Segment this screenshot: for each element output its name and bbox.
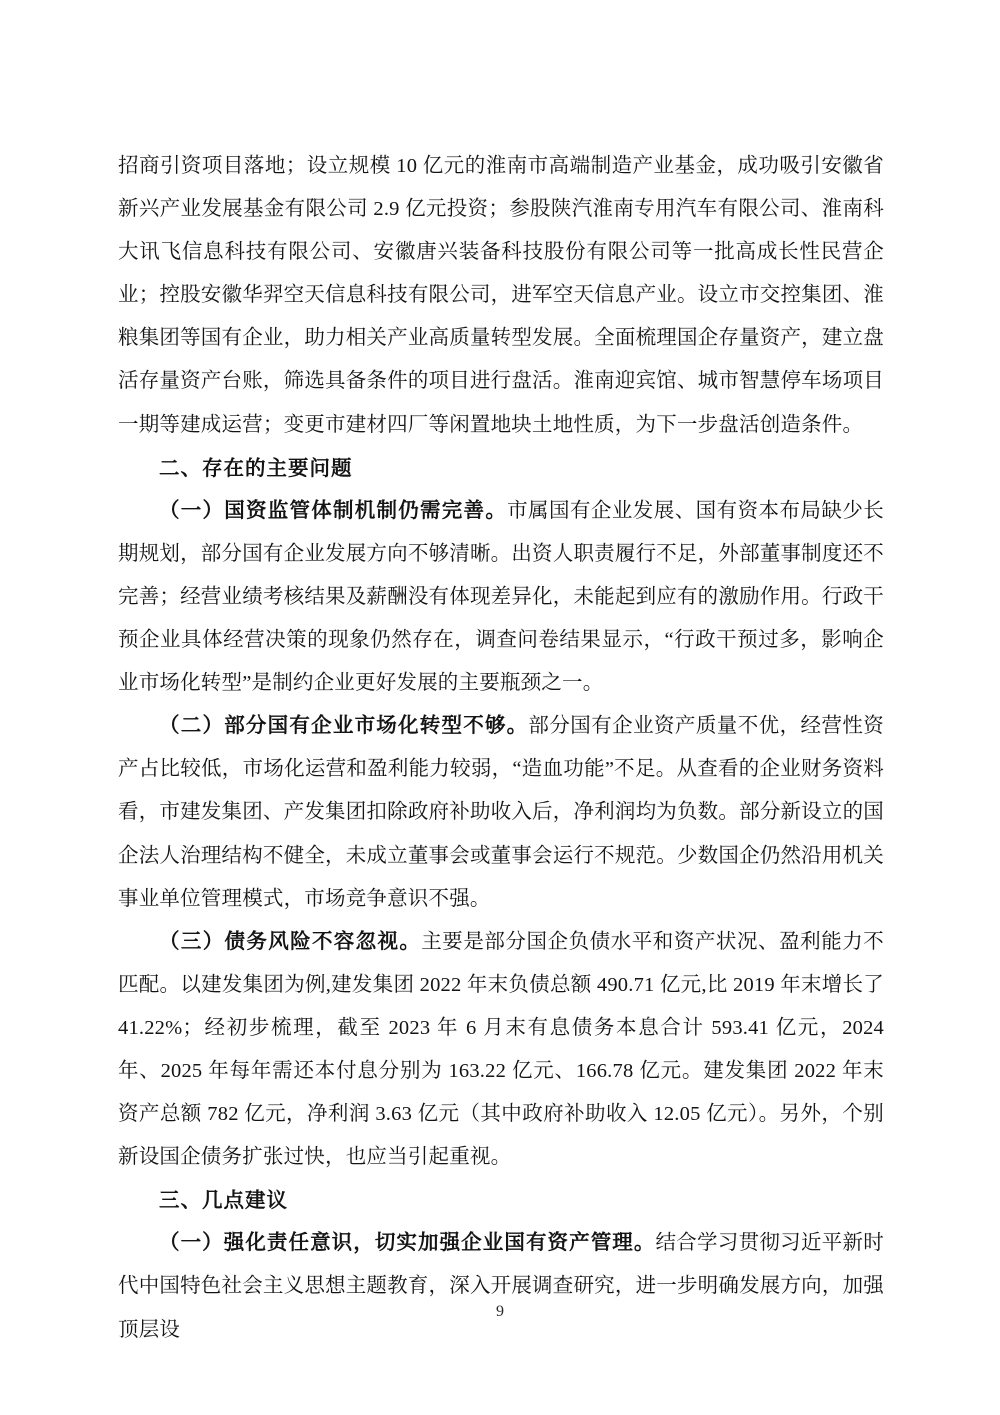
page-number: 9 xyxy=(496,1303,504,1320)
suggestion-item-1: （一）强化责任意识，切实加强企业国有资产管理。结合学习贯彻习近平新时代中国特色社… xyxy=(118,1222,884,1351)
document-body: 招商引资项目落地；设立规模 10 亿元的淮南市高端制造产业基金，成功吸引安徽省新… xyxy=(118,145,884,1352)
problem-item-3-lead: （三）债务风险不容忽视。 xyxy=(159,931,421,953)
suggestion-item-1-lead: （一）强化责任意识，切实加强企业国有资产管理。 xyxy=(159,1232,655,1254)
section-heading-suggestions: 三、几点建议 xyxy=(118,1179,884,1222)
problem-item-1-text: 市属国有企业发展、国有资本布局缺少长期规划，部分国有企业发展方向不够清晰。出资人… xyxy=(118,500,884,694)
problem-item-1-lead: （一）国资监管体制机制仍需完善。 xyxy=(159,500,507,522)
paragraph-text: 招商引资项目落地；设立规模 10 亿元的淮南市高端制造产业基金，成功吸引安徽省新… xyxy=(118,155,884,436)
problem-item-1: （一）国资监管体制机制仍需完善。市属国有企业发展、国有资本布局缺少长期规划，部分… xyxy=(118,490,884,705)
problem-item-3: （三）债务风险不容忽视。主要是部分国企负债水平和资产状况、盈利能力不匹配。以建发… xyxy=(118,921,884,1180)
problem-item-2-text: 部分国有企业资产质量不优，经营性资产占比较低，市场化运营和盈利能力较弱，“造血功… xyxy=(118,715,884,909)
page-footer: 9 xyxy=(0,1303,1000,1321)
heading-text: 三、几点建议 xyxy=(159,1189,288,1212)
problem-item-2: （二）部分国有企业市场化转型不够。部分国有企业资产质量不优，经营性资产占比较低，… xyxy=(118,705,884,920)
heading-text: 二、存在的主要问题 xyxy=(159,457,353,480)
section-heading-problems: 二、存在的主要问题 xyxy=(118,447,884,490)
document-page: 招商引资项目落地；设立规模 10 亿元的淮南市高端制造产业基金，成功吸引安徽省新… xyxy=(0,0,1000,1415)
problem-item-3-text: 主要是部分国企负债水平和资产状况、盈利能力不匹配。以建发集团为例,建发集团 20… xyxy=(118,931,884,1168)
problem-item-2-lead: （二）部分国有企业市场化转型不够。 xyxy=(159,715,528,737)
continuation-paragraph: 招商引资项目落地；设立规模 10 亿元的淮南市高端制造产业基金，成功吸引安徽省新… xyxy=(118,145,884,447)
